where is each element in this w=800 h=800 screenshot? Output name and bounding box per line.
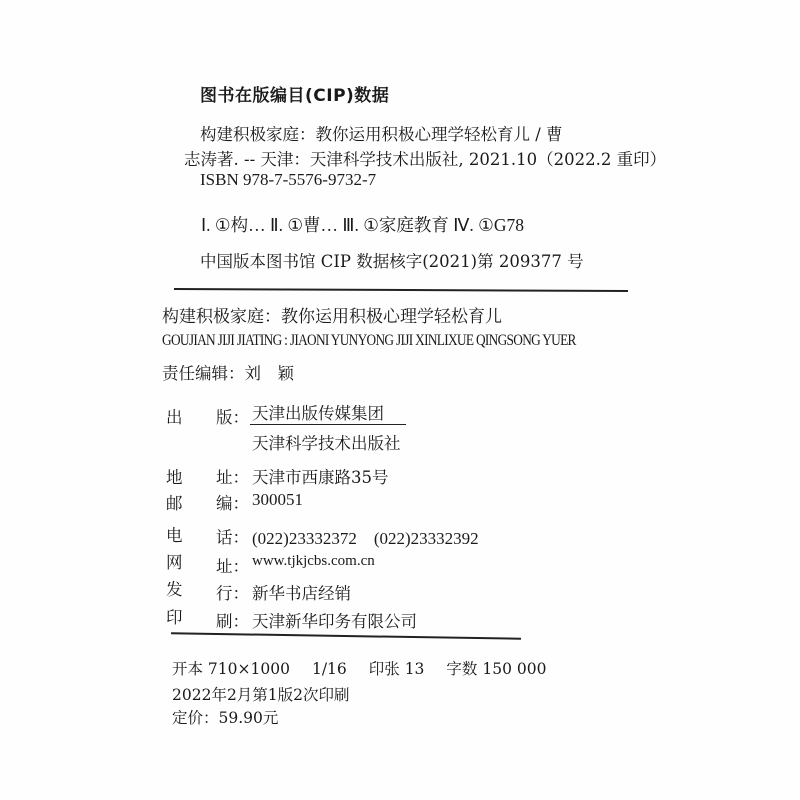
editor-name: 刘 颖 bbox=[245, 364, 295, 383]
label-address-b: 址： bbox=[216, 464, 249, 488]
label-publisher-a: 出 bbox=[166, 404, 183, 428]
edition-info: 2022年2月第1版2次印刷 bbox=[172, 683, 350, 705]
publisher-group: 天津出版传媒集团 bbox=[252, 400, 384, 424]
label-publisher-b: 版： bbox=[216, 404, 249, 428]
divider-top bbox=[174, 288, 628, 292]
cip-heading: 图书在版编目(CIP)数据 bbox=[200, 81, 389, 106]
label-printer-b: 刷： bbox=[216, 608, 249, 632]
book-title-cn: 构建积极家庭：教你运用积极心理学轻松育儿 bbox=[162, 302, 502, 327]
classification: Ⅰ. ①构… Ⅱ. ①曹… Ⅲ. ①家庭教育 Ⅳ. ①G78 bbox=[201, 212, 524, 237]
label-postcode-b: 编： bbox=[216, 490, 249, 514]
printed-sheets: 印张 13 bbox=[369, 660, 425, 678]
word-count: 字数 150 000 bbox=[446, 660, 546, 678]
publisher-name: 天津科学技术出版社 bbox=[252, 430, 401, 454]
website: www.tjkjcbs.com.cn bbox=[252, 553, 375, 570]
label-postcode-a: 邮 bbox=[166, 490, 183, 514]
label-phone-a: 电 bbox=[166, 522, 183, 546]
distributor: 新华书店经销 bbox=[252, 580, 351, 604]
label-distribution-b: 行： bbox=[216, 580, 249, 604]
divider-bottom bbox=[171, 632, 521, 639]
address: 天津市西康路35号 bbox=[252, 464, 389, 488]
price: 定价：59.90元 bbox=[172, 706, 278, 728]
label-website-b: 址： bbox=[216, 553, 249, 577]
cip-entry-line-1: 构建积极家庭：教你运用积极心理学轻松育儿 / 曹 bbox=[200, 121, 563, 145]
label-distribution-a: 发 bbox=[166, 576, 183, 600]
printer: 天津新华印务有限公司 bbox=[252, 608, 417, 632]
book-title-pinyin: GOUJIAN JIJI JIATING : JIAONI YUNYONG JI… bbox=[162, 332, 576, 350]
phone: (022)23332372 (022)23332392 bbox=[252, 524, 479, 549]
cip-entry-line-2: 志涛著. -- 天津：天津科学技术出版社, 2021.10（2022.2 重印） bbox=[184, 146, 666, 170]
cip-record-number: 中国版本图书馆 CIP 数据核字(2021)第 209377 号 bbox=[200, 248, 584, 272]
editor-label: 责任编辑： bbox=[162, 364, 245, 383]
isbn: ISBN 978-7-5576-9732-7 bbox=[200, 170, 376, 190]
label-printer-a: 印 bbox=[166, 604, 183, 628]
copyright-page: 图书在版编目(CIP)数据 构建积极家庭：教你运用积极心理学轻松育儿 / 曹 志… bbox=[0, 0, 800, 800]
book-format: 开本 710×1000 bbox=[172, 660, 290, 678]
postcode: 300051 bbox=[252, 490, 303, 510]
label-website-a: 网 bbox=[166, 549, 183, 573]
label-phone-b: 话： bbox=[216, 524, 249, 548]
book-fold: 1/16 bbox=[312, 660, 347, 678]
publisher-divider bbox=[250, 424, 406, 425]
format-specs: 开本 710×10001/16印张 13字数 150 000 bbox=[172, 657, 568, 679]
responsible-editor: 责任编辑：刘 颖 bbox=[162, 360, 294, 384]
label-address-a: 地 bbox=[166, 464, 183, 488]
